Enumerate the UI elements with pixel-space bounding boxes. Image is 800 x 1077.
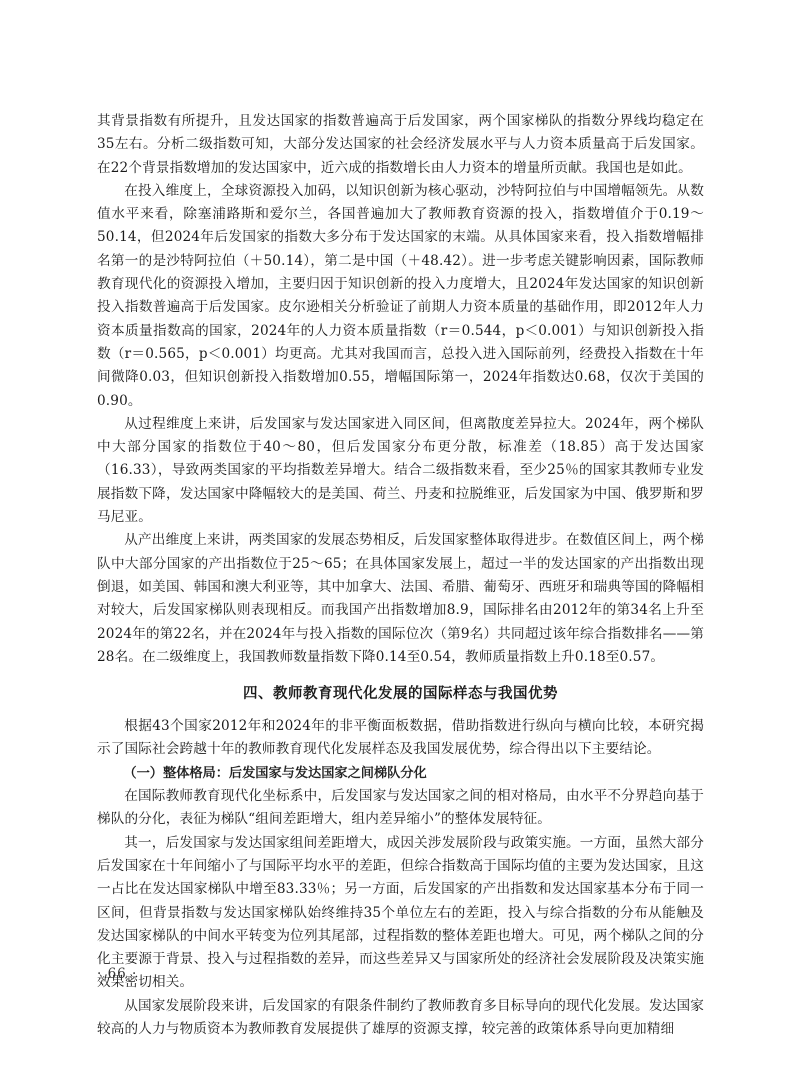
body-paragraph-output-dimension: 从产出维度上来讲，两类国家的发展态势相反，后发国家整体取得进步。在数值区间上，两…: [97, 529, 704, 669]
body-paragraph-continued: 其背景指数有所提升，且发达国家的指数普遍高于后发国家，两个国家梯队的指数分界线均…: [97, 110, 704, 180]
body-paragraph-first-point: 其一，后发国家与发达国家组间差距增大，成因关涉发展阶段与政策实施。一方面，虽然大…: [97, 832, 704, 995]
body-paragraph-process-dimension: 从过程维度上来讲，后发国家与发达国家进入同区间，但离散度差异拉大。2024年，两…: [97, 413, 704, 529]
body-paragraph-development-stage: 从国家发展阶段来讲，后发国家的有限条件制约了教师教育多目标导向的现代化发展。发达…: [97, 995, 704, 1042]
section-heading: 四、教师教育现代化发展的国际样态与我国优势: [97, 679, 704, 709]
section-intro-paragraph: 根据43个国家2012年和2024年的非平衡面板数据，借助指数进行纵向与横向比较…: [97, 715, 704, 762]
page-number: · 66 ·: [97, 964, 137, 984]
body-paragraph-input-dimension: 在投入维度上，全球资源投入加码，以知识创新为核心驱动，沙特阿拉伯与中国增幅领先。…: [97, 180, 704, 413]
document-page: 其背景指数有所提升，且发达国家的指数普遍高于后发国家，两个国家梯队的指数分界线均…: [97, 110, 704, 1041]
subsection-heading: （一）整体格局：后发国家与发达国家之间梯队分化: [97, 762, 704, 785]
body-paragraph-overall-pattern: 在国际教师教育现代化坐标系中，后发国家与发达国家之间的相对格局，由水平不分界趋向…: [97, 785, 704, 832]
